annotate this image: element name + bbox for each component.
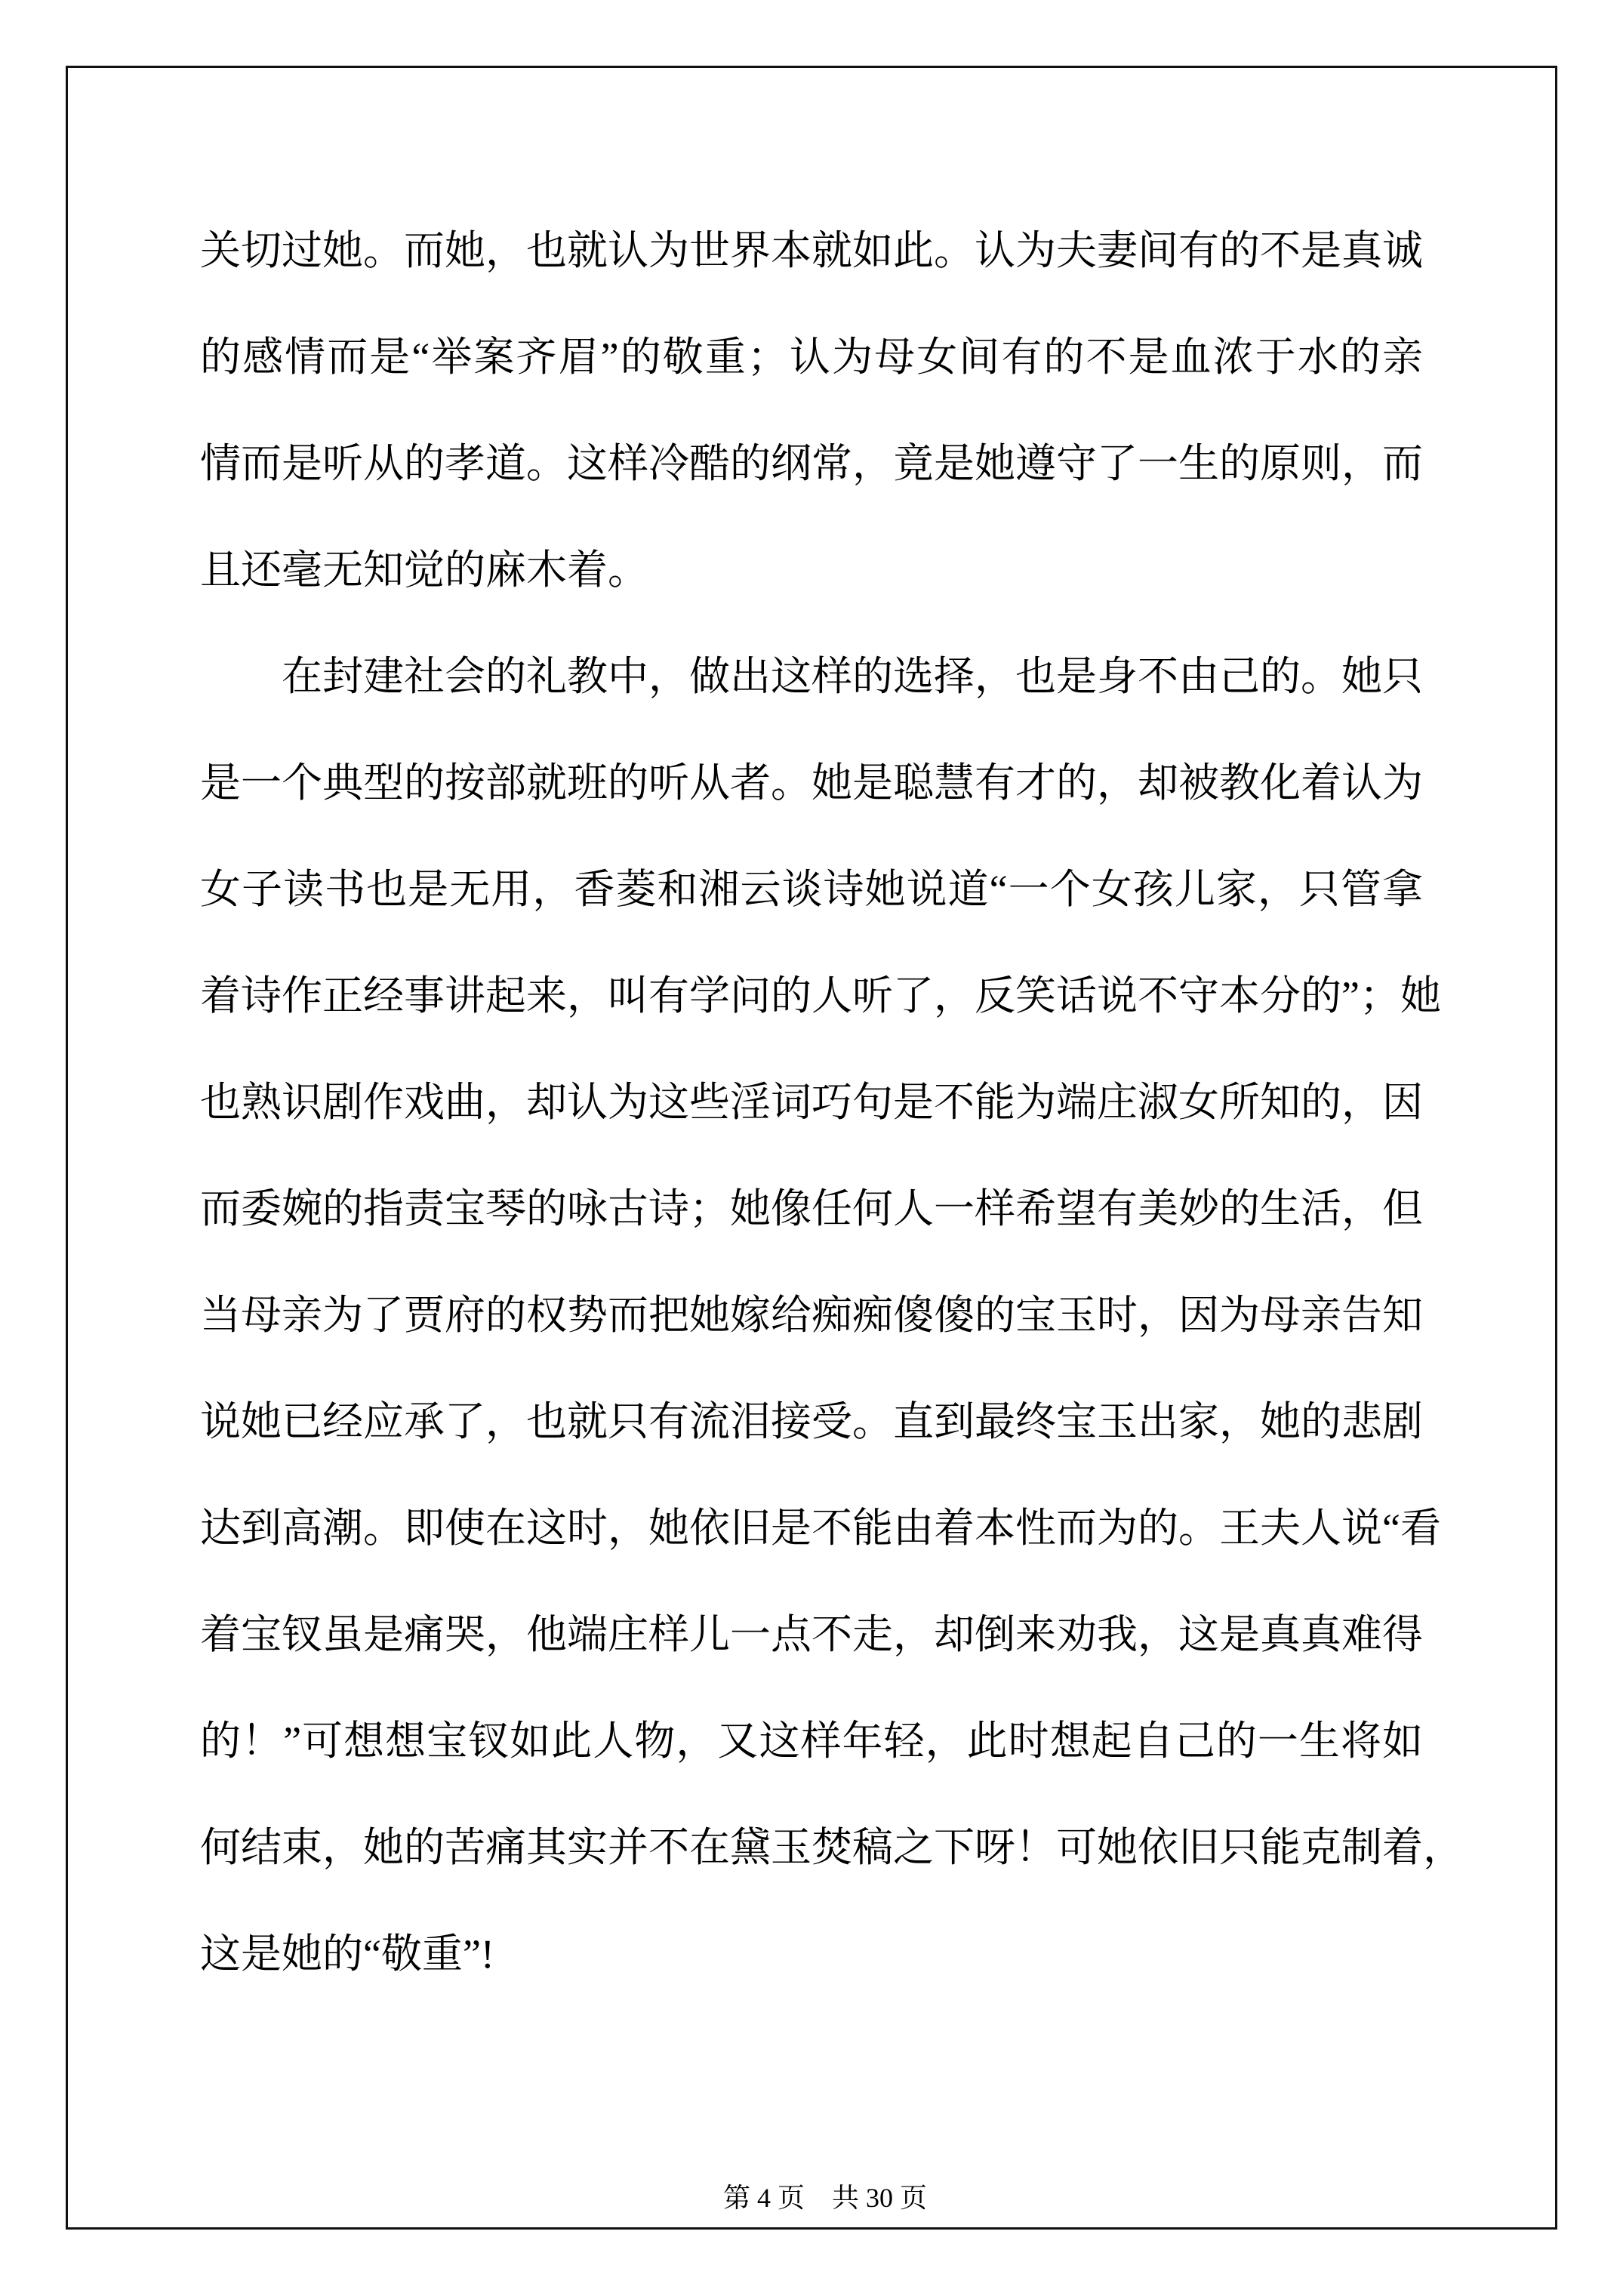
text-line: 女子读书也是无用，香菱和湘云谈诗她说道“一个女孩儿家，只管拿 — [200, 837, 1423, 943]
text-line: 关切过她。而她，也就认为世界本就如此。认为夫妻间有的不是真诚 — [200, 198, 1423, 304]
page-footer: 第 4 页 共 30 页 — [0, 2119, 1623, 2277]
text-line: 是一个典型的按部就班的听从者。她是聪慧有才的，却被教化着认为 — [200, 730, 1423, 837]
text-line: 这是她的“敬重”! — [200, 1901, 1423, 2008]
text-line: 的感情而是“举案齐眉”的敬重；认为母女间有的不是血浓于水的亲 — [200, 304, 1423, 411]
text-line: 达到高潮。即使在这时，她依旧是不能由着本性而为的。王夫人说“看 — [200, 1475, 1423, 1582]
page-number-indicator: 第 4 页 共 30 页 — [723, 2183, 927, 2213]
text-line: 说她已经应承了，也就只有流泪接受。直到最终宝玉出家，她的悲剧 — [200, 1369, 1423, 1475]
text-line: 也熟识剧作戏曲，却认为这些淫词巧句是不能为端庄淑女所知的，因 — [200, 1049, 1423, 1156]
text-line: 的！”可想想宝钗如此人物，又这样年轻，此时想起自己的一生将如 — [200, 1688, 1423, 1795]
text-line: 情而是听从的孝道。这样冷酷的纲常，竟是她遵守了一生的原则，而 — [200, 411, 1423, 517]
text-line: 何结束，她的苦痛其实并不在黛玉焚稿之下呀！可她依旧只能克制着， — [200, 1795, 1423, 1901]
text-line: 着诗作正经事讲起来，叫有学问的人听了，反笑话说不守本分的”；她 — [200, 943, 1423, 1049]
text-line: 着宝钗虽是痛哭，他端庄样儿一点不走，却倒来劝我，这是真真难得 — [200, 1582, 1423, 1688]
text-line: 而委婉的指责宝琴的咏古诗；她像任何人一样希望有美妙的生活，但 — [200, 1156, 1423, 1262]
text-line: 在封建社会的礼教中，做出这样的选择，也是身不由己的。她只 — [200, 624, 1423, 730]
text-line: 且还毫无知觉的麻木着。 — [200, 517, 1423, 624]
text-line: 当母亲为了贾府的权势而把她嫁给痴痴傻傻的宝玉时，因为母亲告知 — [200, 1262, 1423, 1369]
essay-body: 关切过她。而她，也就认为世界本就如此。认为夫妻间有的不是真诚 的感情而是“举案齐… — [200, 198, 1423, 2008]
